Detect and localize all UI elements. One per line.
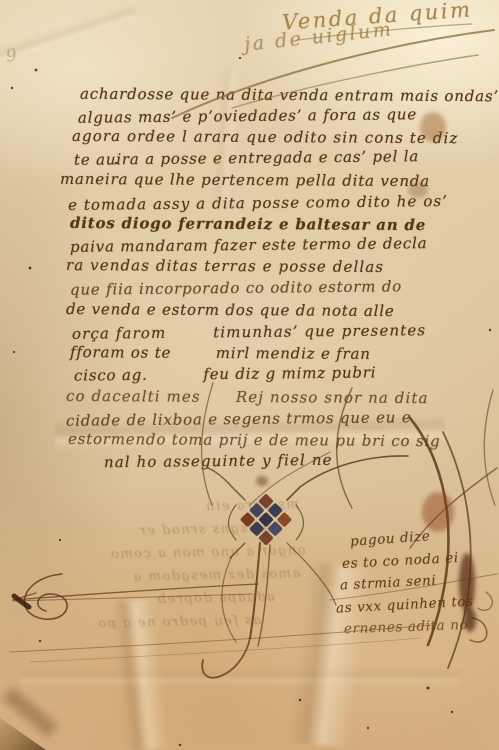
manuscript-line: cisco ag. feu diz g mimz pubri [74,363,377,384]
verso-showthrough-block: ms agra ein no asgns srnod er ongor a un… [37,493,302,636]
manuscript-line: ditos diogo ferrandeiz e baltesar an de [70,214,426,234]
manuscript-line: ra vendas ditas terras e posse dellas [66,256,384,276]
payment-note-line: a strmia seni [340,572,437,593]
manuscript-line: maneira que lhe pertencem pella dita ven… [60,170,430,190]
manuscript-line: agora ordee l arara que odito sin cons t… [72,127,459,147]
manuscript-line: de venda e estorm dos que da nota alle [66,300,395,320]
manuscript-line: alguas mas’ e p’oviedades’ a fora as que [78,105,417,127]
verso-line: as feu pedro ne a po [39,609,261,637]
manuscript-line: orça farom timunhas’ que presentes [72,321,426,343]
manuscript-line: que fiia incorporado co odito estorm do [70,277,402,298]
payment-note-line: ernenes adita no [344,617,469,637]
manuscript-line: e tomada assy a dita posse como dito he … [68,192,448,214]
payment-note-line: pagou dize [350,528,431,550]
payment-note-line: es to co noda ei [342,550,459,572]
manuscript-line: co dacealti mes Rej nosso snor na dita [66,387,429,407]
manuscript-line: paiva mandaram fazer este termo de decla [70,234,428,256]
crease [20,668,460,686]
folio-mark: 9 [5,45,19,66]
payment-note-line: as vxx quinhen tos [336,593,474,616]
manuscript-line: cidade de lixboa e segens trmos que eu e [66,408,412,430]
manuscript-line: nal ho asseguinte y fiel ne [104,451,333,471]
manuscript-line: estormendo toma prij e de meu pu bri co … [68,430,441,450]
manuscript-line: achardosse que na dita venda entram mais… [80,85,499,106]
manuscript-line: fforam os te mirl mendiz e fran [70,343,371,363]
manuscript-line: te auira a posse e entregada e cas’ pel … [74,147,419,169]
manuscript-page: Venda da quim ja de uiglum 9 achardosse … [0,0,499,750]
crease [0,5,138,65]
